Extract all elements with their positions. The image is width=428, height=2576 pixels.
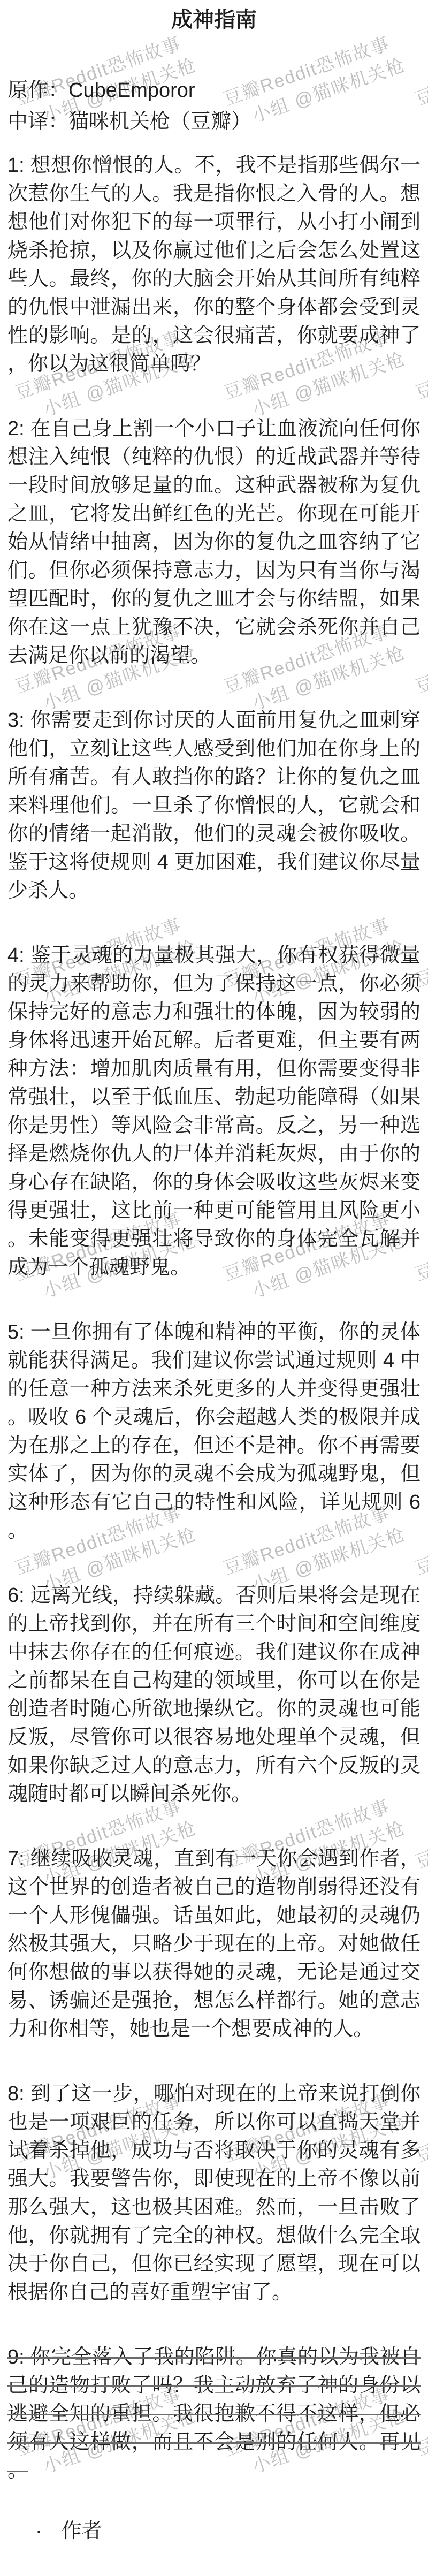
rule-8: 8: 到了这一步，哪怕对现在的上帝来说打倒你也是一项艰巨的任务，所以你可以直捣天… bbox=[7, 2080, 421, 2307]
rule-2: 2: 在自己身上割一个小口子让血液流向任何你想注入纯恨（纯粹的仇恨）的近战武器并… bbox=[7, 415, 421, 670]
document: 成神指南 原作：CubeEmporor 中译：猫咪机关枪（豆瓣） 1: 想想你憎… bbox=[0, 0, 428, 2545]
rule-5: 5: 一旦你拥有了体魄和精神的平衡，你的灵体就能获得满足。我们建议你尝试通过规则… bbox=[7, 1318, 421, 1545]
author-signature: · 作者 bbox=[7, 2517, 421, 2545]
byline-original-author: 原作：CubeEmporor bbox=[7, 75, 421, 106]
page-root: { "document": { "title": "成神指南", "byline… bbox=[0, 0, 428, 2576]
rule-9: 9: 你完全落入了我的陷阱。你真的以为我被自己的造物打败了吗？我主动放弃了神的身… bbox=[7, 2343, 421, 2485]
rule-1: 1: 想想你憎恨的人。不，我不是指那些偶尔一次惹你生气的人。我是指你恨之入骨的人… bbox=[7, 151, 421, 378]
rules-list: 1: 想想你憎恨的人。不，我不是指那些偶尔一次惹你生气的人。我是指你恨之入骨的人… bbox=[7, 151, 421, 2485]
byline-translator: 中译：猫咪机关枪（豆瓣） bbox=[7, 106, 421, 137]
author-signature-label: 作者 bbox=[62, 2517, 102, 2545]
rule-7: 7: 继续吸收灵魂，直到有一天你会遇到作者，这个世界的创造者被自己的造物削弱得还… bbox=[7, 1845, 421, 2043]
rule-3: 3: 你需要走到你讨厌的人面前用复仇之皿刺穿他们，立刻让这些人感受到他们加在你身… bbox=[7, 706, 421, 905]
rule-6: 6: 远离光线，持续躲藏。否则后果将会是现在的上帝找到你，并在所有三个时间和空间… bbox=[7, 1582, 421, 1808]
page-title: 成神指南 bbox=[7, 6, 421, 33]
bullet-icon: · bbox=[35, 2517, 42, 2545]
rule-4: 4: 鉴于灵魂的力量极其强大，你有权获得微量的灵力来帮助你，但为了保持这一点，你… bbox=[7, 941, 421, 1282]
byline: 原作：CubeEmporor 中译：猫咪机关枪（豆瓣） bbox=[7, 75, 421, 137]
